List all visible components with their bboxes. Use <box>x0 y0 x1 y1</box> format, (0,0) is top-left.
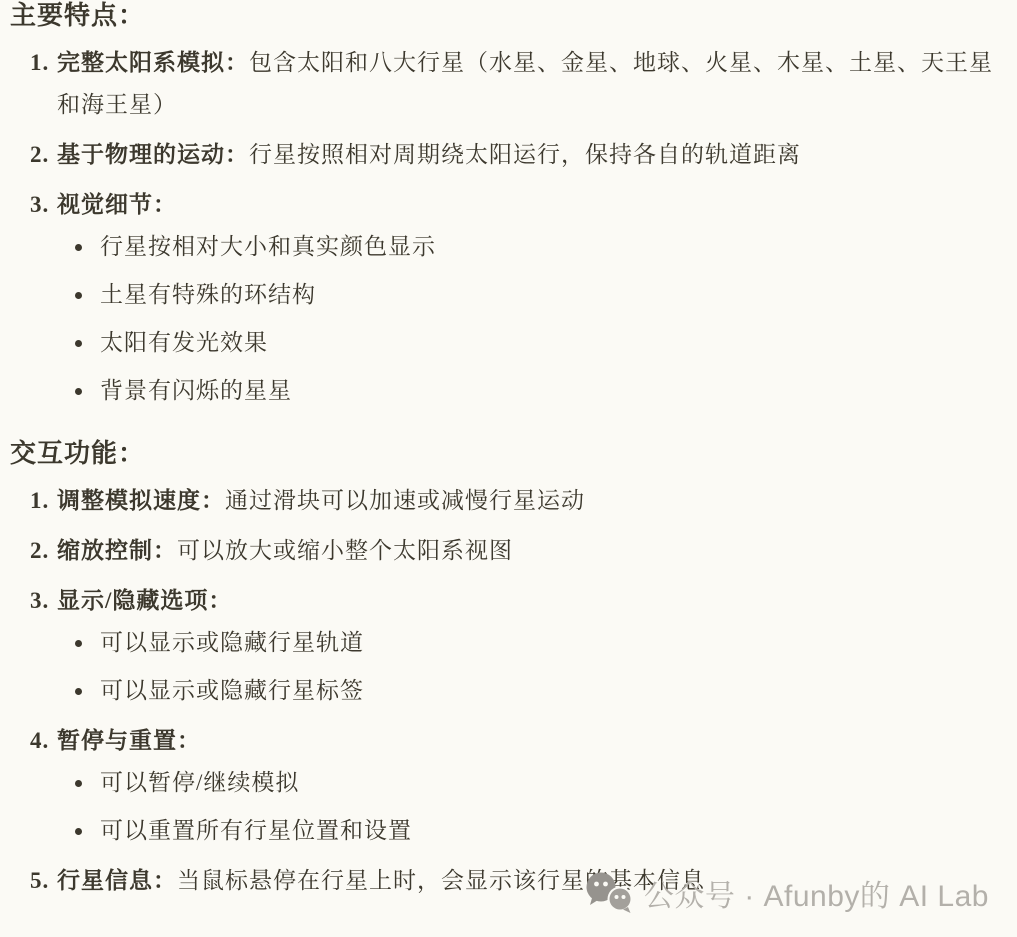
list-number: 3. <box>30 184 49 226</box>
list-number: 4. <box>30 720 49 762</box>
bullet-item: 背景有闪烁的星星 <box>57 370 997 412</box>
list-number: 1. <box>30 42 49 84</box>
list-item-planet-info: 5.行星信息：当鼠标悬停在行星上时，会显示该行星的基本信息 <box>10 860 997 902</box>
bullet-item: 土星有特殊的环结构 <box>57 274 997 316</box>
item-text: 通过滑块可以加速或减慢行星运动 <box>225 488 585 513</box>
bullet-item: 行星按相对大小和真实颜色显示 <box>57 226 997 268</box>
list-number: 3. <box>30 580 49 622</box>
article-body: 主要特点： 1.完整太阳系模拟：包含太阳和八大行星（水星、金星、地球、火星、木星… <box>10 0 997 910</box>
list-item-pause-reset: 4.暂停与重置： 可以暂停/继续模拟 可以重置所有行星位置和设置 <box>10 720 997 852</box>
bullet-item: 可以显示或隐藏行星轨道 <box>57 622 997 664</box>
item-label: 视觉细节： <box>57 192 177 217</box>
list-item-solar-system-simulation: 1.完整太阳系模拟：包含太阳和八大行星（水星、金星、地球、火星、木星、土星、天王… <box>10 42 997 126</box>
main-features-list: 1.完整太阳系模拟：包含太阳和八大行星（水星、金星、地球、火星、木星、土星、天王… <box>10 42 997 412</box>
section-heading-interactive-features: 交互功能： <box>10 438 997 470</box>
section-interactive-features: 交互功能： 1.调整模拟速度：通过滑块可以加速或减慢行星运动 2.缩放控制：可以… <box>10 438 997 902</box>
list-number: 2. <box>30 530 49 572</box>
item-label: 显示/隐藏选项： <box>57 588 232 613</box>
item-label: 完整太阳系模拟： <box>57 50 249 75</box>
visual-details-bullets: 行星按相对大小和真实颜色显示 土星有特殊的环结构 太阳有发光效果 背景有闪烁的星… <box>57 226 997 412</box>
bullet-item: 可以重置所有行星位置和设置 <box>57 810 997 852</box>
pause-reset-bullets: 可以暂停/继续模拟 可以重置所有行星位置和设置 <box>57 762 997 852</box>
list-item-zoom-control: 2.缩放控制：可以放大或缩小整个太阳系视图 <box>10 530 997 572</box>
item-label: 行星信息： <box>57 868 177 893</box>
item-text: 行星按照相对周期绕太阳运行，保持各自的轨道距离 <box>249 142 801 167</box>
list-number: 5. <box>30 860 49 902</box>
item-text: 可以放大或缩小整个太阳系视图 <box>177 538 513 563</box>
bullet-item: 太阳有发光效果 <box>57 322 997 364</box>
list-number: 2. <box>30 134 49 176</box>
list-item-show-hide-options: 3.显示/隐藏选项： 可以显示或隐藏行星轨道 可以显示或隐藏行星标签 <box>10 580 997 712</box>
list-item-physics-motion: 2.基于物理的运动：行星按照相对周期绕太阳运行，保持各自的轨道距离 <box>10 134 997 176</box>
item-label: 缩放控制： <box>57 538 177 563</box>
show-hide-bullets: 可以显示或隐藏行星轨道 可以显示或隐藏行星标签 <box>57 622 997 712</box>
item-label: 调整模拟速度： <box>57 488 225 513</box>
item-label: 基于物理的运动： <box>57 142 249 167</box>
section-main-features: 主要特点： 1.完整太阳系模拟：包含太阳和八大行星（水星、金星、地球、火星、木星… <box>10 0 997 412</box>
interactive-features-list: 1.调整模拟速度：通过滑块可以加速或减慢行星运动 2.缩放控制：可以放大或缩小整… <box>10 480 997 902</box>
list-item-visual-details: 3.视觉细节： 行星按相对大小和真实颜色显示 土星有特殊的环结构 太阳有发光效果… <box>10 184 997 412</box>
bullet-item: 可以显示或隐藏行星标签 <box>57 670 997 712</box>
bullet-item: 可以暂停/继续模拟 <box>57 762 997 804</box>
list-number: 1. <box>30 480 49 522</box>
item-text: 当鼠标悬停在行星上时，会显示该行星的基本信息 <box>177 868 705 893</box>
section-heading-main-features: 主要特点： <box>10 0 997 32</box>
list-item-speed-control: 1.调整模拟速度：通过滑块可以加速或减慢行星运动 <box>10 480 997 522</box>
item-label: 暂停与重置： <box>57 728 201 753</box>
